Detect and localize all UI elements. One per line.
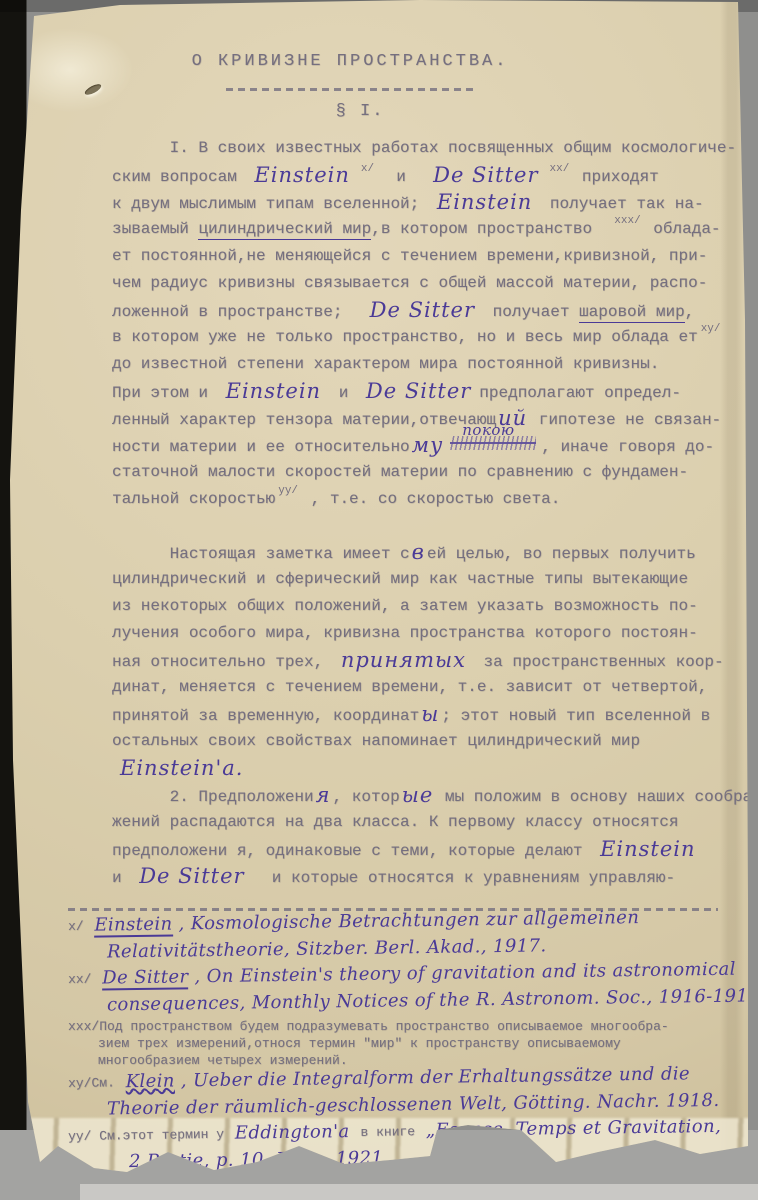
page-title: О КРИВИЗНЕ ПРОСТРАНСТВА. xyxy=(192,52,509,71)
typed-text: 2. Предположени xyxy=(112,788,314,806)
footnote-label: уу/ xyxy=(68,1129,99,1144)
typed-text: зием трех измерений,относя термин "мир" … xyxy=(98,1036,621,1051)
handwritten-text: De Sitter xyxy=(433,163,538,187)
handwritten-text: Einstein xyxy=(254,163,349,187)
typed-text: шаровой мир xyxy=(579,303,685,323)
handwritten-text: я xyxy=(316,783,331,807)
paragraph: Настоящая заметка имеет свей целью, во п… xyxy=(112,538,732,781)
typed-text: чем радиус кривизны связывается с общей … xyxy=(112,274,707,292)
typed-text: I. В своих известных работах посвященных… xyxy=(112,139,736,157)
typed-text: лучения особого мира, кривизна пространс… xyxy=(112,624,698,642)
paragraph: I. В своих известных работах посвященных… xyxy=(112,134,732,512)
text-line: предположени я, одинаковые с теми, котор… xyxy=(112,835,732,862)
typed-text: приходят xyxy=(572,168,658,186)
text-line: зываемый цилиндрический мир,в котором пр… xyxy=(112,215,732,242)
typed-text: цилиндрический и сферический мир как час… xyxy=(112,570,688,588)
typed-text: за пространственных коор- xyxy=(474,653,724,671)
text-line: и De Sitter и которые относятся к уравне… xyxy=(112,862,732,889)
manuscript-page: О КРИВИЗНЕ ПРОСТРАНСТВА. § I. I. В своих… xyxy=(0,0,758,1200)
scanned-manuscript-screenshot: { "colors":{ "paper":"#dbcfae","ink":"#4… xyxy=(0,0,758,1200)
handwritten-text: , Ueber die Integralform der Erhaltungss… xyxy=(181,1063,690,1091)
handwritten-text: Einstein'a. xyxy=(120,756,243,780)
text-line: принятой за временную, координаты; этот … xyxy=(112,700,732,727)
typed-text: , т.е. со скоростью света. xyxy=(301,490,560,508)
handwritten-text: Einstein xyxy=(226,379,321,403)
typed-text: динат, меняется с течением времени, т.е.… xyxy=(112,678,707,696)
typed-text: в книге xyxy=(353,1124,423,1140)
typed-text: остальных своих свойствах напоминает цил… xyxy=(112,732,640,750)
text-line: цилиндрический и сферический мир как час… xyxy=(112,565,732,592)
handwritten-text: , Kosmologische Betrachtungen zur allgem… xyxy=(178,907,639,934)
footnote-marker: уу/ xyxy=(278,485,298,497)
text-line: 2. Предположения, которые мы положим в о… xyxy=(112,781,732,808)
typed-text: ложенной в пространстве; xyxy=(112,303,362,321)
typed-text: до известной степени характером мира пос… xyxy=(112,355,659,373)
typed-text: См. xyxy=(91,1075,122,1090)
scanner-bed-sliver xyxy=(80,1184,758,1200)
footnote-marker: ху/ xyxy=(701,323,721,335)
text-line: статочной малости скоростей материи по с… xyxy=(112,458,732,485)
typed-text: ленный характер тензора материи,отвечающ xyxy=(112,411,496,429)
text-line: до известной степени характером мира пос… xyxy=(112,350,732,377)
handwritten-text: ы xyxy=(421,702,439,726)
typed-text: мы положим в основу наших сообра- xyxy=(435,788,758,806)
staple-hole-mark xyxy=(83,82,102,97)
footnote-marker: хх/ xyxy=(550,163,570,175)
handwritten-text: Einstein xyxy=(600,837,695,861)
typed-text: получает xyxy=(483,303,579,321)
text-line: в котором уже не только пространство, но… xyxy=(112,323,732,350)
typed-text: ей целью, во первых получить xyxy=(427,545,696,563)
typed-text: жений распадаются на два класса. К перво… xyxy=(112,813,679,831)
text-line: ложенной в пространстве; De Sitter получ… xyxy=(112,296,732,323)
text-line: ности материи и ее относительномупокою, … xyxy=(112,431,732,458)
handwritten-word-above-line: покою xyxy=(462,417,514,444)
typed-text: , xyxy=(685,303,695,321)
footnote-label: хх/ xyxy=(68,972,99,987)
typed-text: из некоторых общих положений, а затем ук… xyxy=(112,597,698,615)
footnote-label: х/ xyxy=(68,919,92,934)
typed-text: Под пространством будем подразумевать пр… xyxy=(99,1019,669,1034)
typed-text: ная относительно трех, xyxy=(112,653,333,671)
handwritten-text: ые xyxy=(402,783,434,807)
handwritten-text: в xyxy=(412,540,425,564)
typed-text: ; этот новый тип вселенной в xyxy=(441,707,710,725)
typed-text: облада- xyxy=(644,220,721,238)
paragraph: 2. Предположения, которые мы положим в о… xyxy=(112,781,732,889)
text-line: При этом и Einstein и De Sitterпредполаг… xyxy=(112,377,732,404)
typed-text: ,в котором пространство xyxy=(371,220,611,238)
section-heading-wrap: § I. xyxy=(110,102,610,121)
typed-text: предположени я, одинаковые с теми, котор… xyxy=(112,842,592,860)
text-line: ет постоянной,не меняющейся с течением в… xyxy=(112,242,732,269)
typed-text: , котор xyxy=(333,788,400,806)
text-line: лучения особого мира, кривизна пространс… xyxy=(112,619,732,646)
text-line: ная относительно трех, принятых за прост… xyxy=(112,646,732,673)
text-line: остальных своих свойствах напоминает цил… xyxy=(112,727,732,754)
text-line: ским вопросам Einsteinх/ и De Sitterхх/ … xyxy=(112,161,732,188)
handwritten-text: Einstein xyxy=(437,190,532,214)
typed-text: получает так на- xyxy=(540,195,703,213)
section-heading: § I. xyxy=(336,102,385,121)
typed-text: тальной скоростью xyxy=(112,490,275,508)
title-underline-dashes xyxy=(226,88,478,91)
text-line: Настоящая заметка имеет свей целью, во п… xyxy=(112,538,732,565)
footnote-marker: х/ xyxy=(361,163,374,175)
typed-text: и которые относятся к уравнениям управля… xyxy=(253,869,675,887)
text-line: динат, меняется с течением времени, т.е.… xyxy=(112,673,732,700)
typed-text: , иначе говоря до- xyxy=(541,438,714,456)
typed-text: ет постоянной,не меняющейся с течением в… xyxy=(112,247,707,265)
text-line: к двум мыслимым типам вселенной; Einstei… xyxy=(112,188,732,215)
footnote-line: зием трех измерений,относя термин "мир" … xyxy=(68,1035,738,1052)
text-line: ленный характер тензора материи,отвечающ… xyxy=(112,404,732,431)
crossed-out-correction: покою xyxy=(450,433,536,451)
handwritten-text: принятых xyxy=(341,648,466,672)
handwritten-text: му xyxy=(412,433,444,457)
typed-text: цилиндрический мир xyxy=(198,220,371,240)
handwritten-text: Eddington'a xyxy=(235,1121,350,1144)
typed-text: ским вопросам xyxy=(112,168,246,186)
typed-text: в котором уже не только пространство, но… xyxy=(112,328,698,346)
text-line: чем радиус кривизны связывается с общей … xyxy=(112,269,732,296)
footnote-marker: ххх/ xyxy=(614,215,640,227)
handwritten-text: Einstein xyxy=(94,914,172,938)
footnote-label: ху/ xyxy=(68,1076,92,1091)
handwritten-text: De Sitter xyxy=(102,966,189,990)
typed-text: принятой за временную, координат xyxy=(112,707,419,725)
text-line: из некоторых общих положений, а затем ук… xyxy=(112,592,732,619)
handwritten-text: Klein xyxy=(125,1071,175,1093)
manuscript-body: I. В своих известных работах посвященных… xyxy=(112,134,732,889)
handwritten-text: De Sitter xyxy=(366,379,471,403)
handwritten-text: De Sitter xyxy=(370,298,475,322)
typed-text: и xyxy=(329,384,358,402)
footnote-line: ххх/Под пространством будем подразумеват… xyxy=(68,1018,738,1035)
typed-text: При этом и xyxy=(112,384,218,402)
typed-text: гипотезе не связан- xyxy=(529,411,721,429)
text-line: Einstein'a. xyxy=(112,754,732,781)
typed-text: статочной малости скоростей материи по с… xyxy=(112,463,688,481)
text-line: жений распадаются на два класса. К перво… xyxy=(112,808,732,835)
footnote: хх/ De Sitter, On Einstein's theory of g… xyxy=(68,965,738,1018)
typed-text: предполагают определ- xyxy=(479,384,681,402)
text-line: тальной скоростьюуу/ , т.е. со скоростью… xyxy=(112,485,732,512)
page-title-wrap: О КРИВИЗНЕ ПРОСТРАНСТВА. xyxy=(110,52,590,71)
typed-text: См.этот термин у xyxy=(99,1127,232,1144)
typed-text: ности материи и ее относительно xyxy=(112,438,410,456)
typed-text: зываемый xyxy=(112,220,198,238)
handwritten-text: De Sitter xyxy=(139,864,244,888)
typed-text: к двум мыслимым типам вселенной; xyxy=(112,195,429,213)
typed-text: Настоящая заметка имеет с xyxy=(112,545,410,563)
typed-text: и xyxy=(112,869,131,887)
footnotes: х/ Einstein, Kosmologische Betrachtungen… xyxy=(68,912,738,1175)
handwritten-text: consequences, Monthly Notices of the R. … xyxy=(107,985,758,1015)
footnote-label: ххх/ xyxy=(68,1019,99,1034)
typed-text: и xyxy=(377,168,425,186)
text-line: I. В своих известных работах посвященных… xyxy=(112,134,732,161)
